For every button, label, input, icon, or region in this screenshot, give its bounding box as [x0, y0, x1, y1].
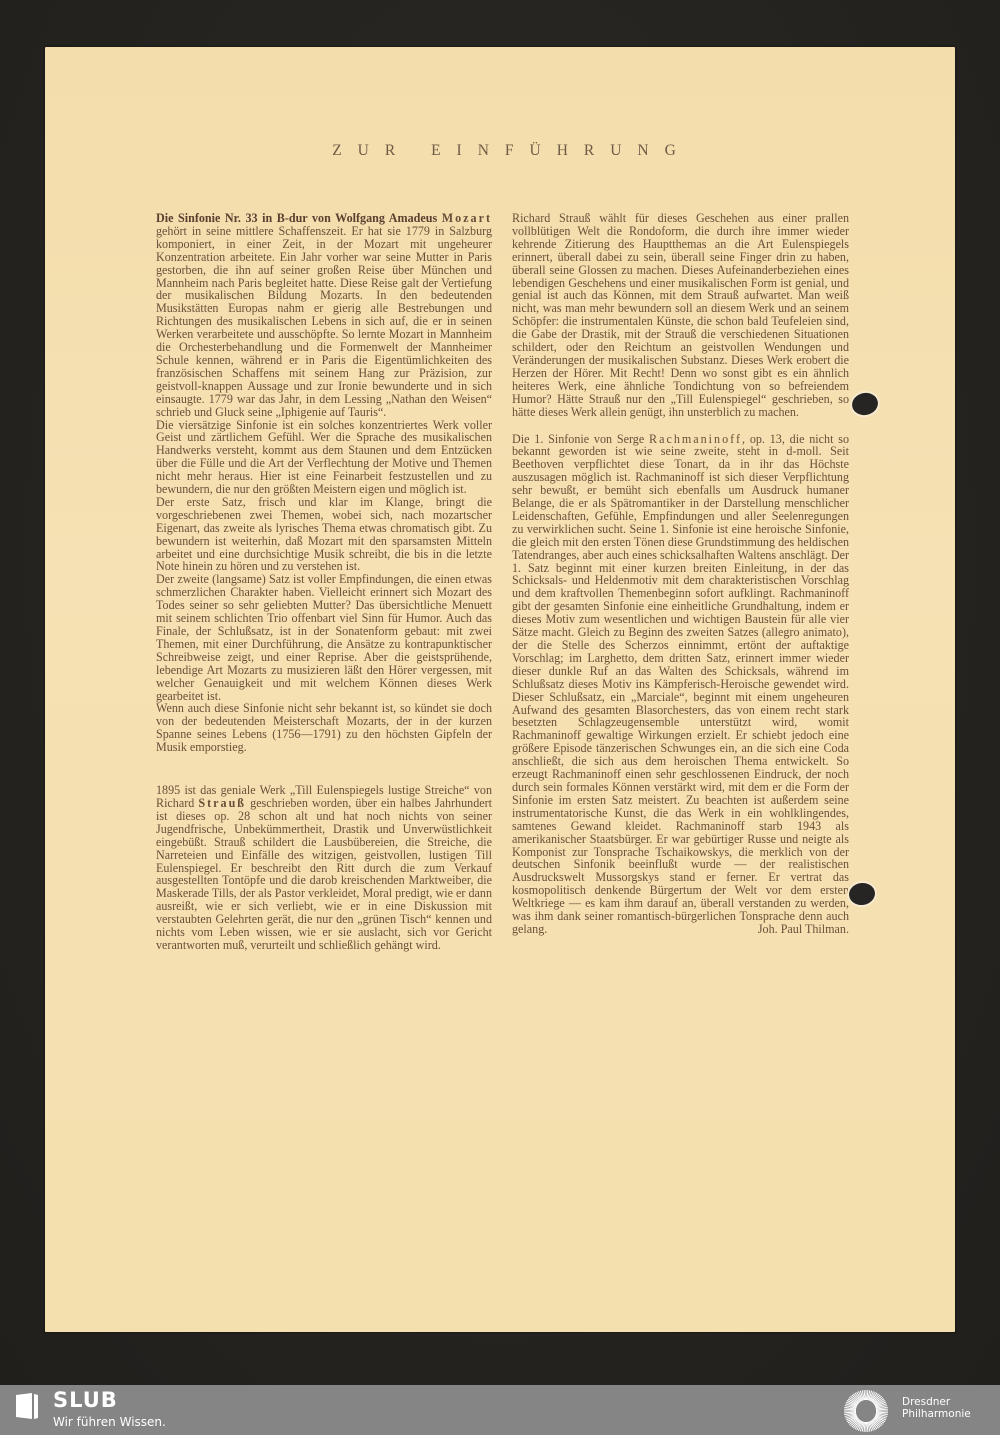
paragraph-text: Die 1. Sinfonie von Serge [512, 432, 649, 446]
dresdner-philharmonie-logo-text: Dresdner Philharmonie [902, 1396, 971, 1420]
document-page: ZUR EINFÜHRUNG Die Sinfonie Nr. 33 in B-… [45, 47, 955, 1332]
page-heading: ZUR EINFÜHRUNG [45, 142, 967, 160]
paragraph-mozart-5: Wenn auch diese Sinfonie nicht sehr beka… [156, 702, 492, 754]
paragraph-rachmaninoff: Die 1. Sinfonie von Serge Rachmaninoff, … [512, 433, 849, 936]
logo-line-2: Philharmonie [902, 1408, 971, 1420]
composer-name-strauss: Strauß [198, 796, 246, 810]
paragraph-text: gehört in seine mittlere Schaffenszeit. … [156, 224, 492, 419]
sunburst-ring-icon [840, 1388, 892, 1434]
composer-name-rachmaninoff: Rachmaninoff [649, 432, 742, 446]
paragraph-strauss-2: Richard Strauß wählt für dieses Geschehe… [512, 212, 849, 419]
composer-name-mozart: Mozart [442, 211, 492, 225]
footer-bar: SLUB Wir führen Wissen. Dresdner Philhar… [0, 1385, 1000, 1435]
logo-line-1: Dresdner [902, 1396, 971, 1408]
slub-logo-text: SLUB [53, 1388, 118, 1412]
paragraph-mozart-intro: Die Sinfonie Nr. 33 in B-dur von Wolfgan… [156, 212, 492, 419]
slub-tagline: Wir führen Wissen. [53, 1415, 166, 1429]
author-signature: Joh. Paul Thilman. [512, 923, 849, 936]
paragraph-mozart-2: Die viersätzige Sinfonie ist ein solches… [156, 419, 492, 496]
paragraph-mozart-3: Der erste Satz, frisch und klar im Klang… [156, 496, 492, 573]
right-column: Richard Strauß wählt für dieses Geschehe… [512, 212, 849, 936]
paragraph-mozart-4: Der zweite (langsame) Satz ist voller Em… [156, 573, 492, 702]
paragraph-text: geschrieben worden, über ein halbes Jahr… [156, 796, 492, 952]
paragraph-strauss-intro: 1895 ist das geniale Werk „Till Eulenspi… [156, 784, 492, 952]
lead-text: Die Sinfonie Nr. 33 in B-dur von Wolfgan… [156, 211, 437, 225]
left-column: Die Sinfonie Nr. 33 in B-dur von Wolfgan… [156, 212, 492, 952]
paragraph-text: , op. 13, die nicht so bekannt geworden … [512, 432, 849, 936]
book-icon [12, 1391, 42, 1421]
